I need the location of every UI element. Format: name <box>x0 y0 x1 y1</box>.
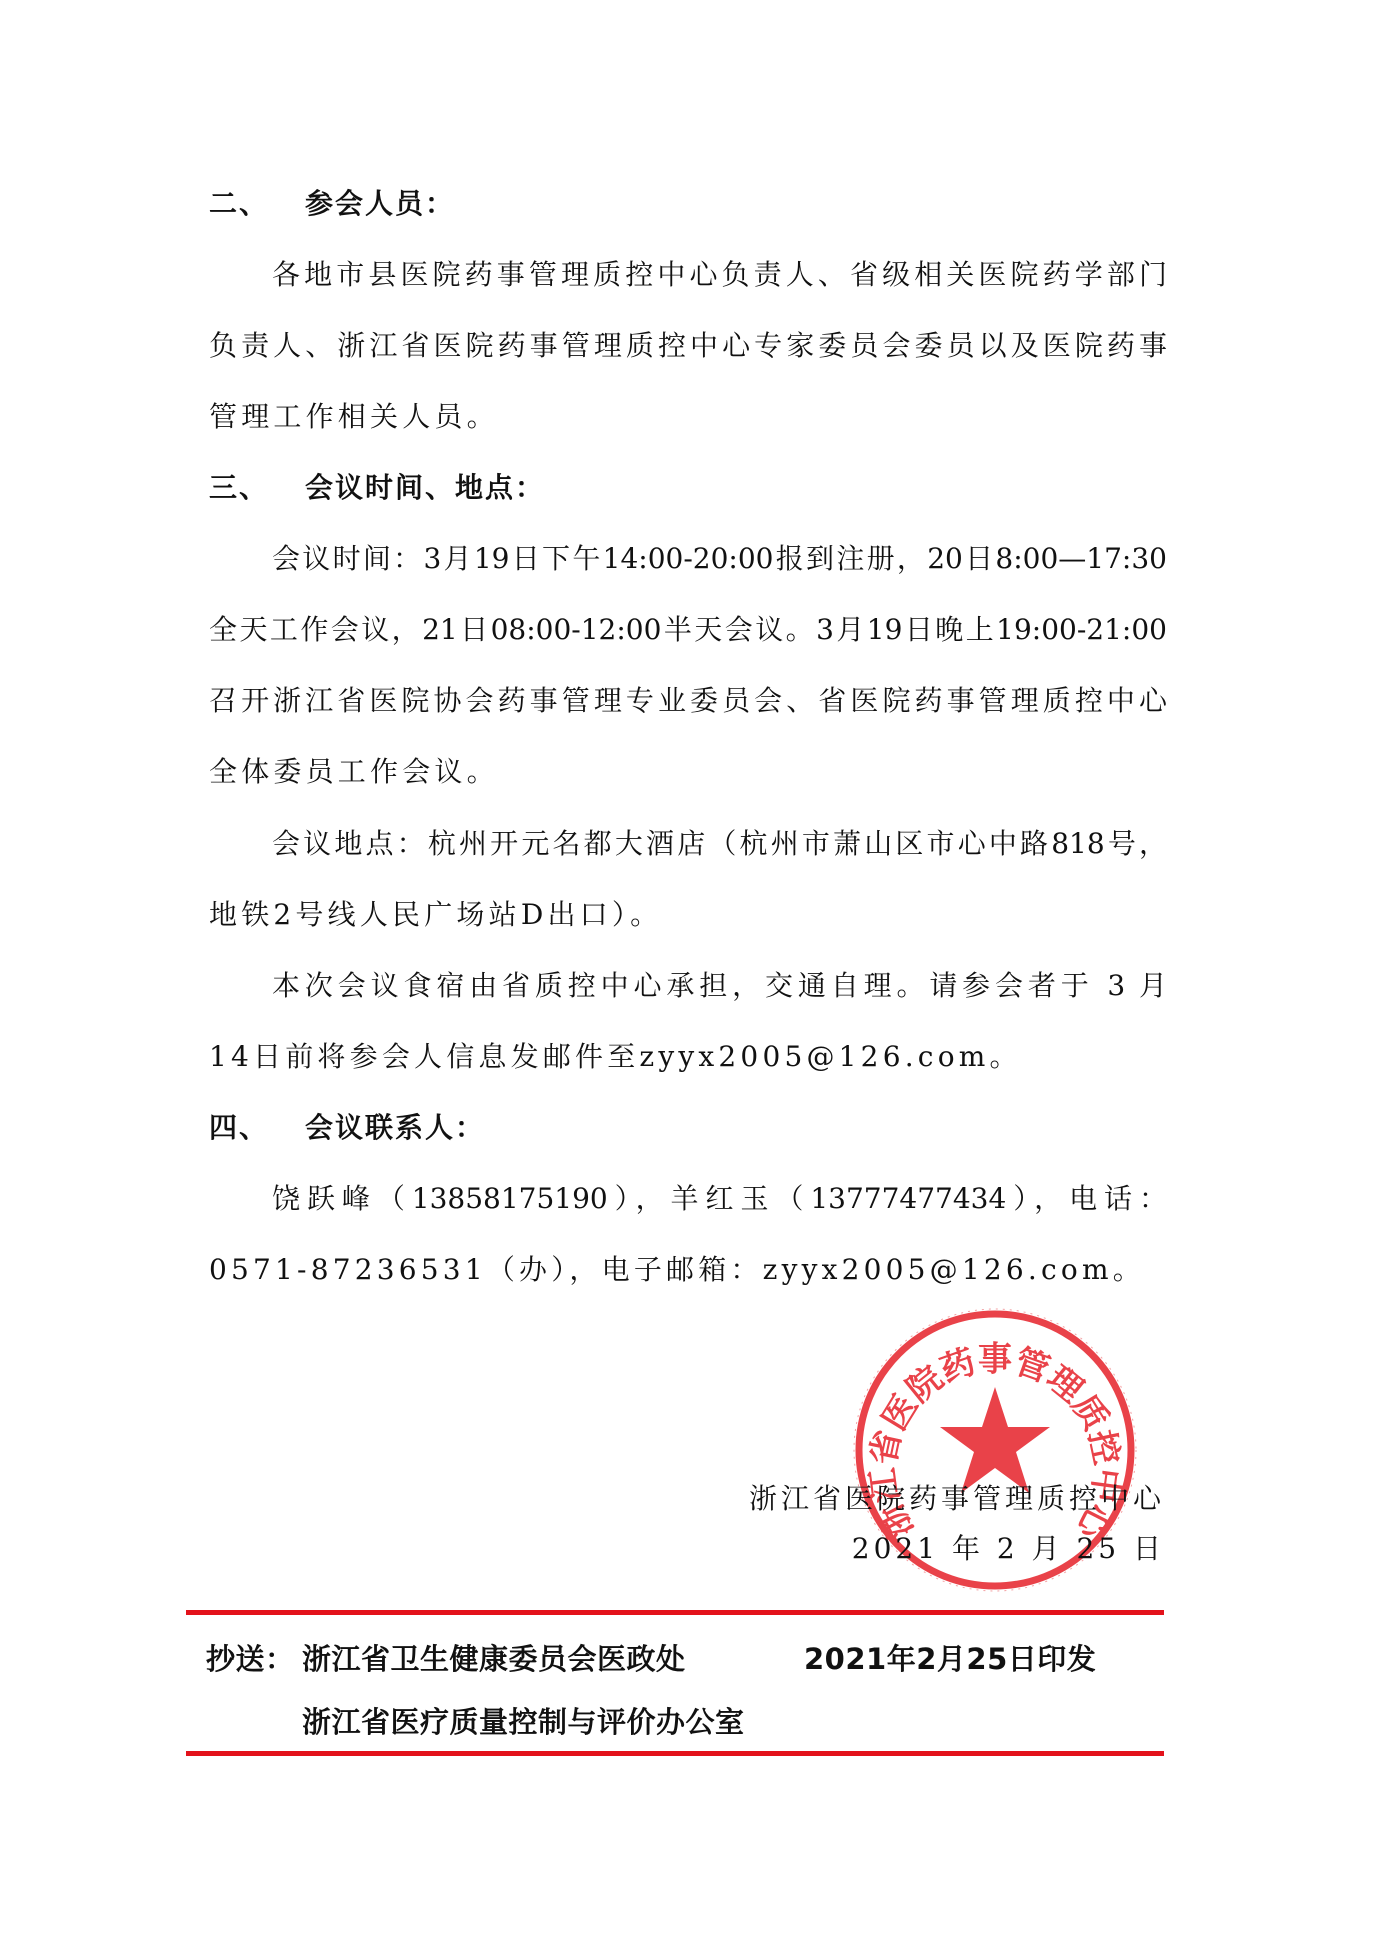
footer-rule-top <box>186 1610 1164 1615</box>
paragraph-line: 各地市县医院药事管理质控中心负责人、省级相关医院药学部门 <box>272 257 1167 293</box>
cc-recipient: 浙江省医疗质量控制与评价办公室 <box>302 1700 745 1741</box>
section-number: 四、 <box>209 1110 305 1146</box>
paragraph-line: 全体委员工作会议。 <box>209 754 499 790</box>
paragraph-line: 全天工作会议，21日08:00-12:00半天会议。3月19日晚上19:00-2… <box>209 612 1167 648</box>
paragraph-line: 14日前将参会人信息发邮件至zyyx2005@126.com。 <box>209 1039 1022 1075</box>
paragraph-line: 0571-87236531（办），电子邮箱：zyyx2005@126.com。 <box>209 1252 1145 1288</box>
section-heading-attendees: 二、参会人员： <box>209 186 455 222</box>
footer-rule-bottom <box>186 1751 1164 1756</box>
signature-date: 2021 年 2 月 25 日 <box>852 1527 1165 1567</box>
section-title: 会议联系人： <box>305 1111 485 1144</box>
paragraph-line: 饶跃峰（13858175190），羊红玉（13777477434），电话： <box>272 1181 1167 1217</box>
section-number: 二、 <box>209 186 305 222</box>
paragraph-line: 负责人、浙江省医院药事管理质控中心专家委员会委员以及医院药事 <box>209 328 1167 364</box>
section-title: 参会人员： <box>305 187 455 220</box>
cc-recipient: 浙江省卫生健康委员会医政处 <box>302 1637 686 1678</box>
cc-label: 抄送： <box>206 1637 295 1678</box>
section-number: 三、 <box>209 470 305 506</box>
paragraph-line: 管理工作相关人员。 <box>209 399 499 435</box>
section-title: 会议时间、地点： <box>305 471 545 504</box>
section-heading-time-place: 三、会议时间、地点： <box>209 470 545 506</box>
signature-org: 浙江省医院药事管理质控中心 <box>749 1477 1165 1517</box>
paragraph-line: 会议地点：杭州开元名都大酒店（杭州市萧山区市心中路818号， <box>272 826 1167 862</box>
section-heading-contacts: 四、会议联系人： <box>209 1110 485 1146</box>
paragraph-line: 地铁2号线人民广场站D出口）。 <box>209 897 662 933</box>
paragraph-line: 会议时间：3月19日下午14:00-20:00报到注册，20日8:00—17:3… <box>272 541 1167 577</box>
paragraph-line: 本次会议食宿由省质控中心承担，交通自理。请参会者于 3 月 <box>272 968 1167 1004</box>
paragraph-line: 召开浙江省医院协会药事管理专业委员会、省医院药事管理质控中心 <box>209 683 1167 719</box>
print-date: 2021年2月25日印发 <box>804 1637 1096 1678</box>
